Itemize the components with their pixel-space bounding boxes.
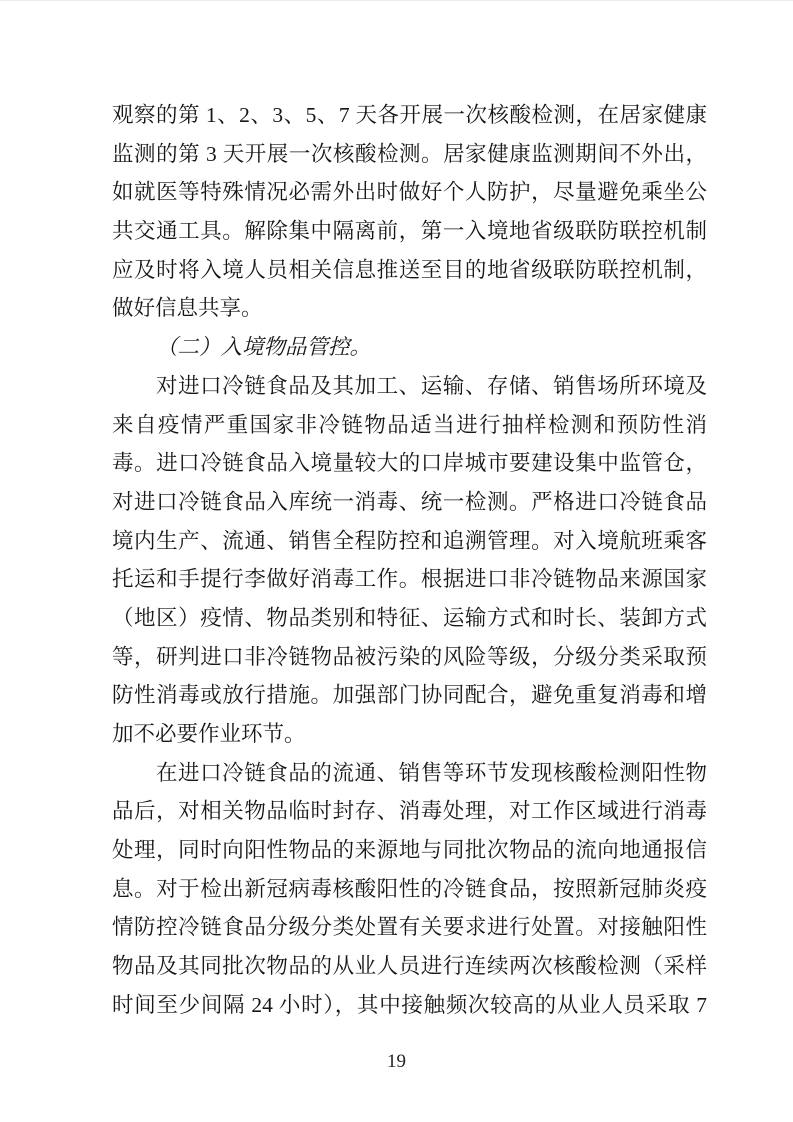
text-line: 等，研判进口非冷链物品被污染的风险等级，分级分类采取预 [112,638,707,677]
text-line: 在进口冷链食品的流通、销售等环节发现核酸检测阳性物 [112,754,707,793]
text-line: 物品及其同批次物品的从业人员进行连续两次核酸检测（采样 [112,947,707,986]
text-line: 加不必要作业环节。 [112,715,707,754]
text-line: 对进口冷链食品及其加工、运输、存储、销售场所环境及 [112,367,707,406]
text-line: 境内生产、流通、销售全程防控和追溯管理。对入境航班乘客 [112,522,707,561]
text-line: 做好信息共享。 [112,289,707,328]
text-line: 对进口冷链食品入库统一消毒、统一检测。严格进口冷链食品 [112,483,707,522]
text-line: 时间至少间隔 24 小时），其中接触频次较高的从业人员采取 7 [112,986,707,1025]
text-line: 处理，同时向阳性物品的来源地与同批次物品的流向地通报信 [112,831,707,870]
text-line: 来自疫情严重国家非冷链物品适当进行抽样检测和预防性消 [112,406,707,445]
text-line: 防性消毒或放行措施。加强部门协同配合，避免重复消毒和增 [112,676,707,715]
text-line: 息。对于检出新冠病毒核酸阳性的冷链食品，按照新冠肺炎疫 [112,870,707,909]
text-line: 托运和手提行李做好消毒工作。根据进口非冷链物品来源国家 [112,560,707,599]
text-line: （地区）疫情、物品类别和特征、运输方式和时长、装卸方式 [112,599,707,638]
text-line: 共交通工具。解除集中隔离前，第一入境地省级联防联控机制 [112,212,707,251]
document-body: 观察的第 1、2、3、5、7 天各开展一次核酸检测，在居家健康 监测的第 3 天… [112,96,707,1025]
section-heading: （二）入境物品管控。 [112,328,707,367]
document-page: 观察的第 1、2、3、5、7 天各开展一次核酸检测，在居家健康 监测的第 3 天… [0,0,793,1122]
text-line: 观察的第 1、2、3、5、7 天各开展一次核酸检测，在居家健康 [112,96,707,135]
text-line: 情防控冷链食品分级分类处置有关要求进行处置。对接触阳性 [112,908,707,947]
text-line: 监测的第 3 天开展一次核酸检测。居家健康监测期间不外出， [112,135,707,174]
page-number: 19 [0,1051,793,1073]
text-line: 应及时将入境人员相关信息推送至目的地省级联防联控机制， [112,251,707,290]
text-line: 品后，对相关物品临时封存、消毒处理，对工作区域进行消毒 [112,792,707,831]
text-line: 如就医等特殊情况必需外出时做好个人防护，尽量避免乘坐公 [112,173,707,212]
text-line: 毒。进口冷链食品入境量较大的口岸城市要建设集中监管仓， [112,444,707,483]
